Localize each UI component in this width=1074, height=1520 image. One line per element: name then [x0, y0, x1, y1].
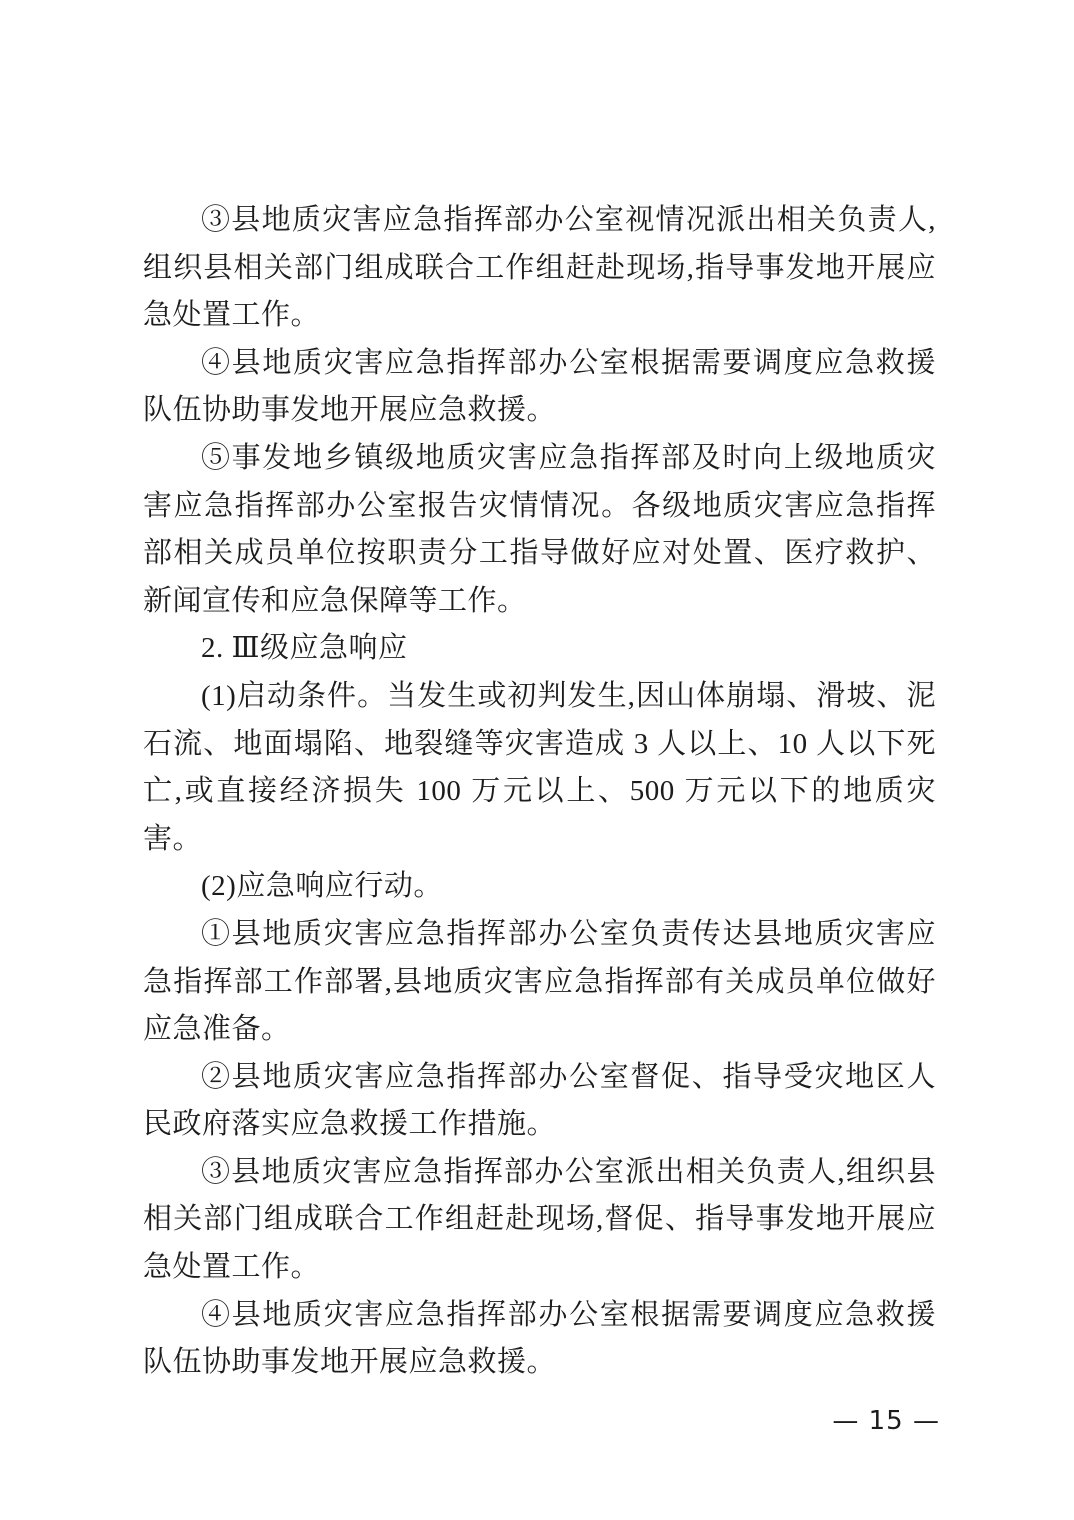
paragraph-item-5-response2: ⑤事发地乡镇级地质灾害应急指挥部及时向上级地质灾害应急指挥部办公室报告灾情情况。…	[143, 435, 936, 625]
document-body: ③县地质灾害应急指挥部办公室视情况派出相关负责人,组织县相关部门组成联合工作组赶…	[143, 197, 936, 1387]
paragraph-item-2-response3: ②县地质灾害应急指挥部办公室督促、指导受灾地区人民政府落实应急救援工作措施。	[143, 1054, 936, 1149]
page-number: — 15 —	[832, 1406, 940, 1436]
paragraph-start-conditions: (1)启动条件。当发生或初判发生,因山体崩塌、滑坡、泥石流、地面塌陷、地裂缝等灾…	[143, 673, 936, 863]
paragraph-response-actions: (2)应急响应行动。	[143, 863, 936, 911]
document-page: ③县地质灾害应急指挥部办公室视情况派出相关负责人,组织县相关部门组成联合工作组赶…	[0, 0, 1074, 1520]
paragraph-item-1-response3: ①县地质灾害应急指挥部办公室负责传达县地质灾害应急指挥部工作部署,县地质灾害应急…	[143, 911, 936, 1054]
paragraph-item-3-response3: ③县地质灾害应急指挥部办公室派出相关负责人,组织县相关部门组成联合工作组赶赴现场…	[143, 1149, 936, 1292]
paragraph-item-3-response2: ③县地质灾害应急指挥部办公室视情况派出相关负责人,组织县相关部门组成联合工作组赶…	[143, 197, 936, 340]
paragraph-item-4-response2: ④县地质灾害应急指挥部办公室根据需要调度应急救援队伍协助事发地开展应急救援。	[143, 340, 936, 435]
section-heading-level3-response: 2. Ⅲ级应急响应	[143, 625, 936, 673]
paragraph-item-4-response3: ④县地质灾害应急指挥部办公室根据需要调度应急救援队伍协助事发地开展应急救援。	[143, 1292, 936, 1387]
